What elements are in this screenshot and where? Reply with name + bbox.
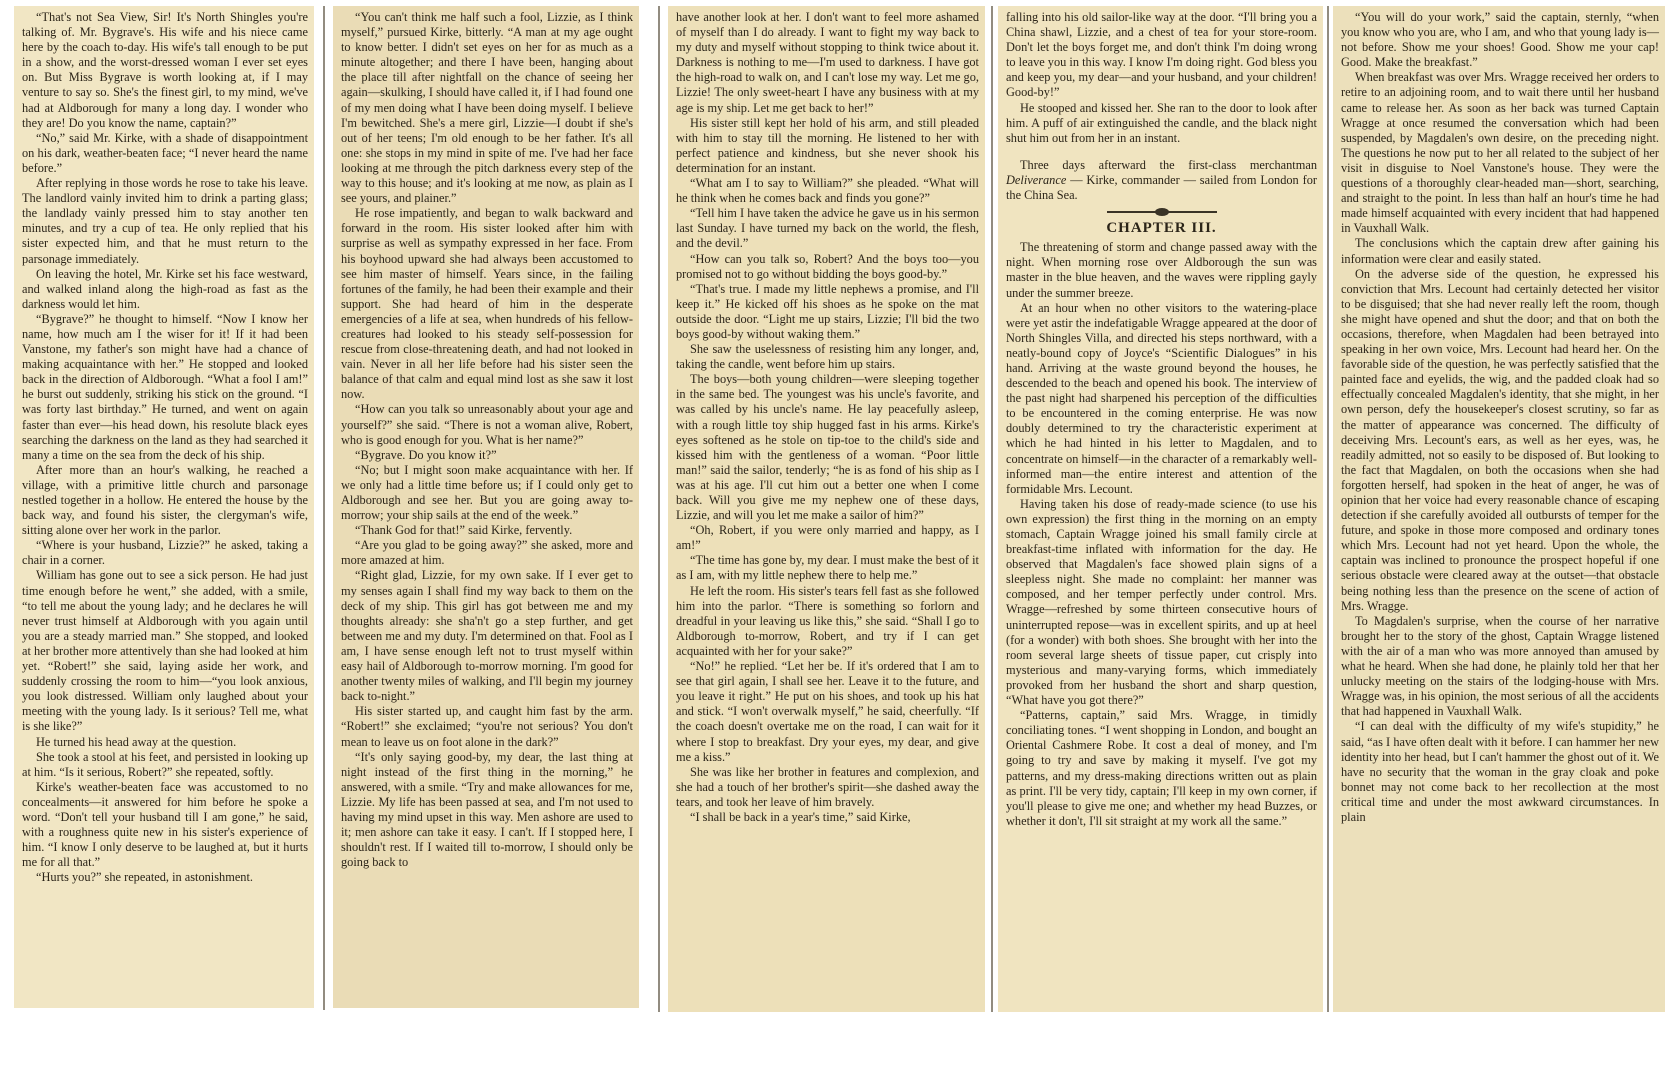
- paragraph: “No; but I might soon make acquaintance …: [341, 463, 633, 523]
- paragraph: “Bygrave?” he thought to himself. “Now I…: [22, 312, 308, 463]
- paragraph: He rose impatiently, and began to walk b…: [341, 206, 633, 402]
- paragraph: “That's not Sea View, Sir! It's North Sh…: [22, 10, 308, 131]
- newspaper-page: “That's not Sea View, Sir! It's North Sh…: [0, 0, 1677, 1080]
- paragraph: falling into his old sailor-like way at …: [1006, 10, 1317, 101]
- paragraph: His sister still kept her hold of his ar…: [676, 116, 979, 176]
- paragraph: On leaving the hotel, Mr. Kirke set his …: [22, 267, 308, 312]
- chapter-break: CHAPTER III.: [1006, 211, 1317, 236]
- column-rule: [323, 6, 325, 1010]
- paragraph: She saw the uselessness of resisting him…: [676, 342, 979, 372]
- paragraph: “The time has gone by, my dear. I must m…: [676, 553, 979, 583]
- paragraph: Kirke's weather-beaten face was accustom…: [22, 780, 308, 871]
- paragraph: The conclusions which the captain drew a…: [1341, 236, 1659, 266]
- paragraph: He left the room. His sister's tears fel…: [676, 584, 979, 659]
- paragraph: “Are you glad to be going away?” she ask…: [341, 538, 633, 568]
- column-3: have another look at her. I don't want t…: [668, 6, 985, 1012]
- paragraph: After more than an hour's walking, he re…: [22, 463, 308, 538]
- paragraph: “You can't think me half such a fool, Li…: [341, 10, 633, 206]
- paragraph: “Hurts you?” she repeated, in astonishme…: [22, 870, 308, 885]
- column-rule: [991, 6, 993, 1012]
- paragraph: “No,” said Mr. Kirke, with a shade of di…: [22, 131, 308, 176]
- paragraph: She took a stool at his feet, and persis…: [22, 750, 308, 780]
- chapter-heading: CHAPTER III.: [1006, 221, 1317, 236]
- paragraph: He stooped and kissed her. She ran to th…: [1006, 101, 1317, 146]
- paragraph: He turned his head away at the question.: [22, 735, 308, 750]
- paragraph: “How can you talk so, Robert? And the bo…: [676, 252, 979, 282]
- column-rule: [658, 6, 660, 1012]
- paragraph: “Patterns, captain,” said Mrs. Wragge, i…: [1006, 708, 1317, 829]
- paragraph: Having taken his dose of ready-made scie…: [1006, 497, 1317, 708]
- paragraph: At an hour when no other visitors to the…: [1006, 301, 1317, 497]
- paragraph: “Bygrave. Do you know it?”: [341, 448, 633, 463]
- paragraph: She was like her brother in features and…: [676, 765, 979, 810]
- column-4: falling into his old sailor-like way at …: [998, 6, 1323, 1012]
- column-1: “That's not Sea View, Sir! It's North Sh…: [14, 6, 314, 1008]
- column-5: “You will do your work,” said the captai…: [1333, 6, 1665, 1012]
- column-2: “You can't think me half such a fool, Li…: [333, 6, 639, 1008]
- paragraph: His sister started up, and caught him fa…: [341, 704, 633, 749]
- paragraph: “I can deal with the difficulty of my wi…: [1341, 719, 1659, 825]
- paragraph: On the adverse side of the question, he …: [1341, 267, 1659, 614]
- paragraph: “You will do your work,” said the captai…: [1341, 10, 1659, 70]
- ship-name: Deliverance: [1006, 173, 1066, 187]
- paragraph: “I shall be back in a year's time,” said…: [676, 810, 979, 825]
- paragraph: William has gone out to see a sick perso…: [22, 568, 308, 734]
- paragraph: “Tell him I have taken the advice he gav…: [676, 206, 979, 251]
- paragraph: “No!” he replied. “Let her be. If it's o…: [676, 659, 979, 765]
- paragraph: After replying in those words he rose to…: [22, 176, 308, 267]
- paragraph: “What am I to say to William?” she plead…: [676, 176, 979, 206]
- paragraph: The threatening of storm and change pass…: [1006, 240, 1317, 300]
- paragraph: have another look at her. I don't want t…: [676, 10, 979, 116]
- paragraph: “Right glad, Lizzie, for my own sake. If…: [341, 568, 633, 704]
- paragraph: “Where is your husband, Lizzie?” he aske…: [22, 538, 308, 568]
- closing-text: Three days afterward the first-class mer…: [1020, 158, 1317, 172]
- paragraph: When breakfast was over Mrs. Wragge rece…: [1341, 70, 1659, 236]
- paragraph: “How can you talk so unreasonably about …: [341, 402, 633, 447]
- closing-paragraph: Three days afterward the first-class mer…: [1006, 158, 1317, 203]
- column-rule: [1327, 6, 1329, 1012]
- paragraph: “That's true. I made my little nephews a…: [676, 282, 979, 342]
- section-spacer: [1006, 146, 1317, 158]
- paragraph: “Oh, Robert, if you were only married an…: [676, 523, 979, 553]
- paragraph: The boys—both young children—were sleepi…: [676, 372, 979, 523]
- paragraph: To Magdalen's surprise, when the course …: [1341, 614, 1659, 720]
- paragraph: “It's only saying good-by, my dear, the …: [341, 750, 633, 871]
- ornament-rule-icon: [1107, 211, 1217, 213]
- paragraph: “Thank God for that!” said Kirke, ferven…: [341, 523, 633, 538]
